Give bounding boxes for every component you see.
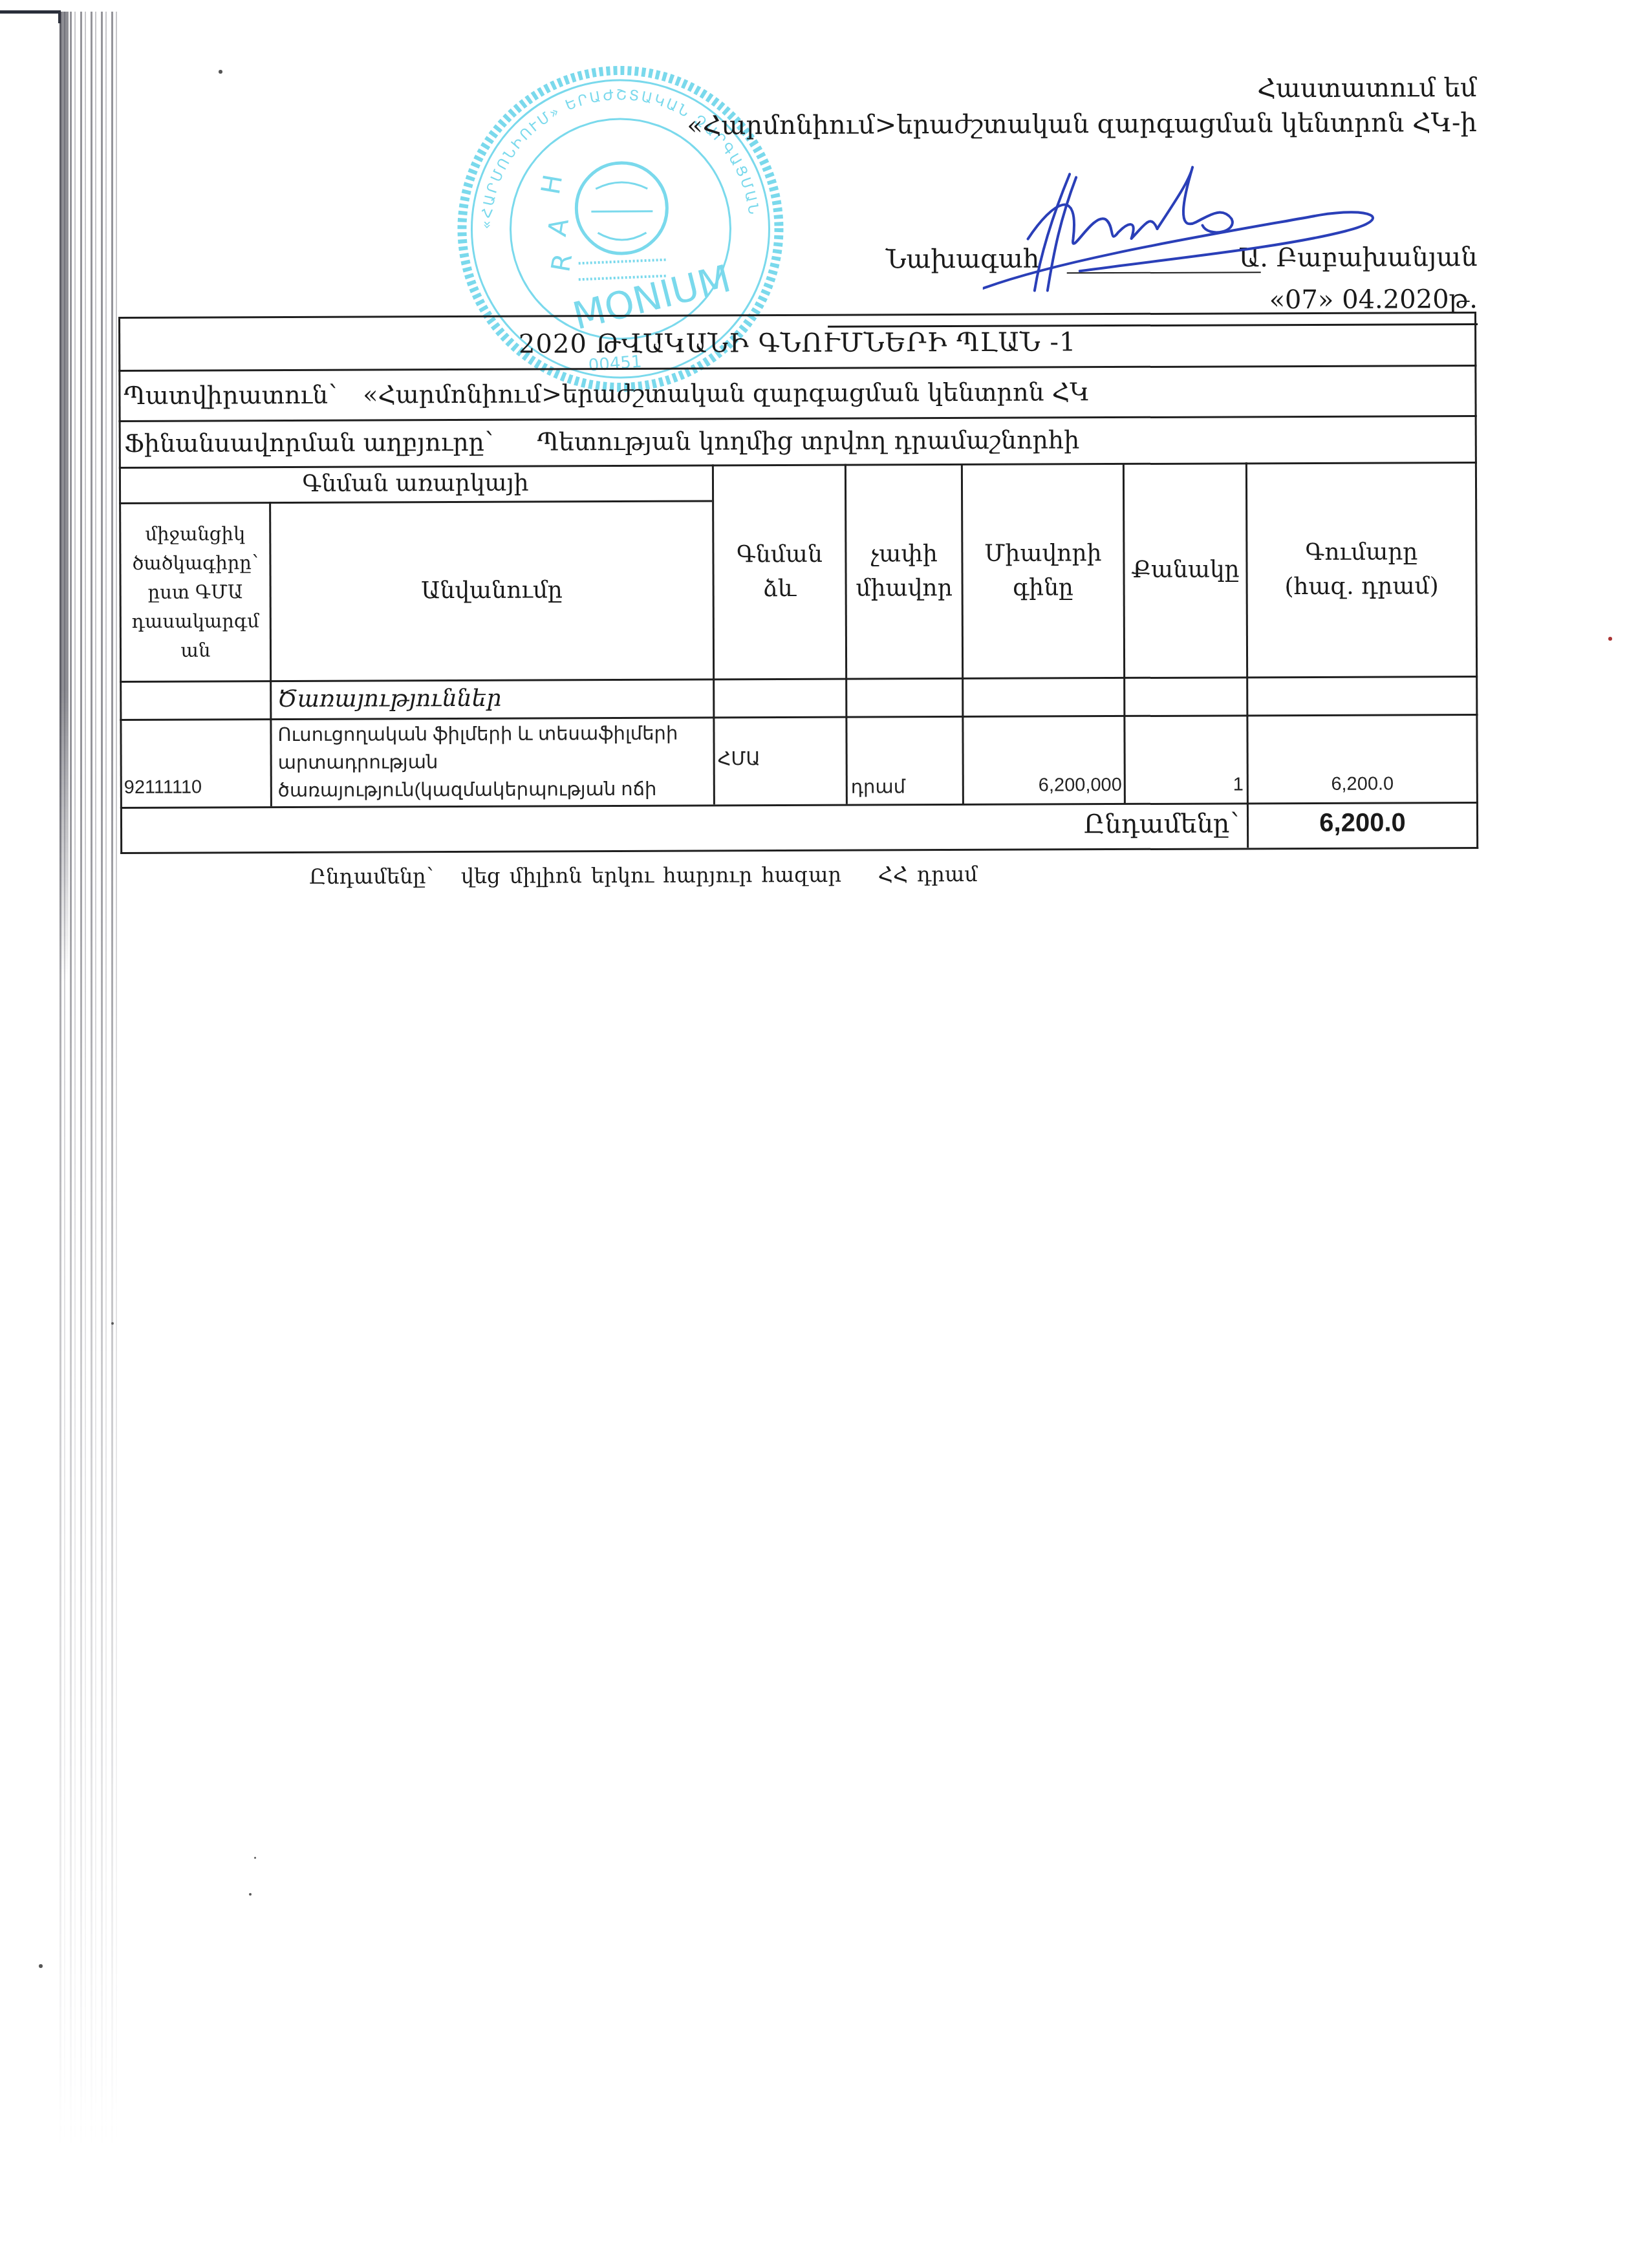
- group-header: Գնման առարկայի: [119, 465, 712, 502]
- header-code-line: ան: [132, 636, 259, 665]
- header-code-line: միջանցիկ: [131, 519, 259, 549]
- funding-row: Ֆինանսավորման աղբյուրը՝ Պետության կողմից…: [124, 425, 1080, 458]
- header-code-line: ծածկագիրը՝: [131, 548, 259, 578]
- header-unit-price-line: Միավորի: [984, 537, 1102, 571]
- total-in-words: Ընդամենը՝ վեց միլիոն երկու հարյուր հազար…: [309, 862, 978, 889]
- funding-label: Ֆինանսավորման աղբյուրը՝: [124, 428, 493, 458]
- svg-text:A: A: [543, 216, 575, 239]
- row-name-line: ծառայություն(կազմակերպության ոճի: [278, 775, 711, 805]
- table-border: [118, 365, 1476, 372]
- table-border: [118, 312, 1476, 319]
- row-unit: դրամ: [851, 775, 905, 798]
- header-amount-line: (հազ. դրամ): [1284, 570, 1439, 604]
- approval-heading: Հաստատում եմ: [1257, 71, 1477, 105]
- total-value: 6,200.0: [1249, 808, 1476, 838]
- document-page: H A R MONIUM 00451 «ՀԱՐՄՈՆԻՈՒՄ» ԵՐԱԺՇՏԱԿ…: [0, 0, 1649, 2268]
- row-code: 92111110: [124, 777, 202, 798]
- svg-text:MONIUM: MONIUM: [568, 256, 735, 338]
- header-quantity: Քանակը: [1125, 464, 1246, 677]
- handwritten-signature: [982, 160, 1403, 303]
- row-method: ՀՄԱ: [718, 747, 760, 770]
- customer-value: «Հարմոնիում>երաժշտական զարգացման կենտրոն…: [363, 378, 1090, 409]
- row-unit-price: 6,200,000: [964, 775, 1122, 797]
- header-unit-line: չափի: [856, 537, 953, 572]
- header-code-line: ըստ ԳՄԱ: [131, 577, 259, 607]
- header-code: միջանցիկ ծածկագիրը՝ ըստ ԳՄԱ դասակարգմ ան: [121, 504, 270, 681]
- row-amount: 6,200.0: [1249, 773, 1476, 795]
- header-unit-price-line: գինը: [984, 571, 1102, 605]
- header-method-line: ձև: [737, 572, 823, 606]
- approval-organization: «Հարմոնիում>երաժշտական զարգացման կենտրոն…: [687, 108, 1477, 141]
- header-method: Գնման ձև: [714, 465, 845, 679]
- approval-date: «07» 04.2020թ.: [1269, 284, 1478, 315]
- procurement-plan-table: 2020 ԹՎԱԿԱՆԻ ԳՆՈՒՄՆԵՐԻ ՊԼԱՆ -1 Պատվիրատո…: [118, 312, 1476, 317]
- customer-label: Պատվիրատուն՝: [124, 381, 337, 410]
- header-code-line: դասակարգմ: [132, 606, 259, 636]
- funding-value: Պետության կողմից տրվող դրամաշնորհի: [537, 425, 1080, 456]
- row-name-line: արտադրության: [278, 747, 711, 777]
- table-border: [120, 714, 1478, 721]
- svg-text:R: R: [546, 251, 578, 274]
- header-unit-line: միավոր: [856, 572, 953, 606]
- header-name: Անվանումը: [271, 502, 713, 680]
- plan-title: 2020 ԹՎԱԿԱՆԻ ԳՆՈՒՄՆԵՐԻ ՊԼԱՆ -1: [118, 326, 1476, 361]
- svg-text:H: H: [536, 173, 568, 197]
- table-border: [120, 847, 1478, 854]
- header-unit-price: Միավորի գինը: [963, 464, 1123, 678]
- section-services: Ծառայություններ: [277, 685, 501, 712]
- customer-row: Պատվիրատուն՝ «Հարմոնիում>երաժշտական զարգ…: [124, 378, 1089, 410]
- row-name: Ուսուցողական ֆիլմերի և տեսաֆիլմերի արտադ…: [277, 720, 711, 806]
- total-label: Ընդամենը՝: [120, 809, 1239, 843]
- header-unit: չափի միավոր: [846, 465, 962, 678]
- table-border: [119, 415, 1477, 422]
- row-quantity: 1: [1126, 774, 1244, 796]
- header-amount-line: Գումարը: [1284, 535, 1439, 570]
- row-name-line: Ուսուցողական ֆիլմերի և տեսաֆիլմերի: [277, 720, 711, 749]
- header-method-line: Գնման: [737, 538, 823, 572]
- header-amount: Գումարը (հազ. դրամ): [1247, 463, 1476, 676]
